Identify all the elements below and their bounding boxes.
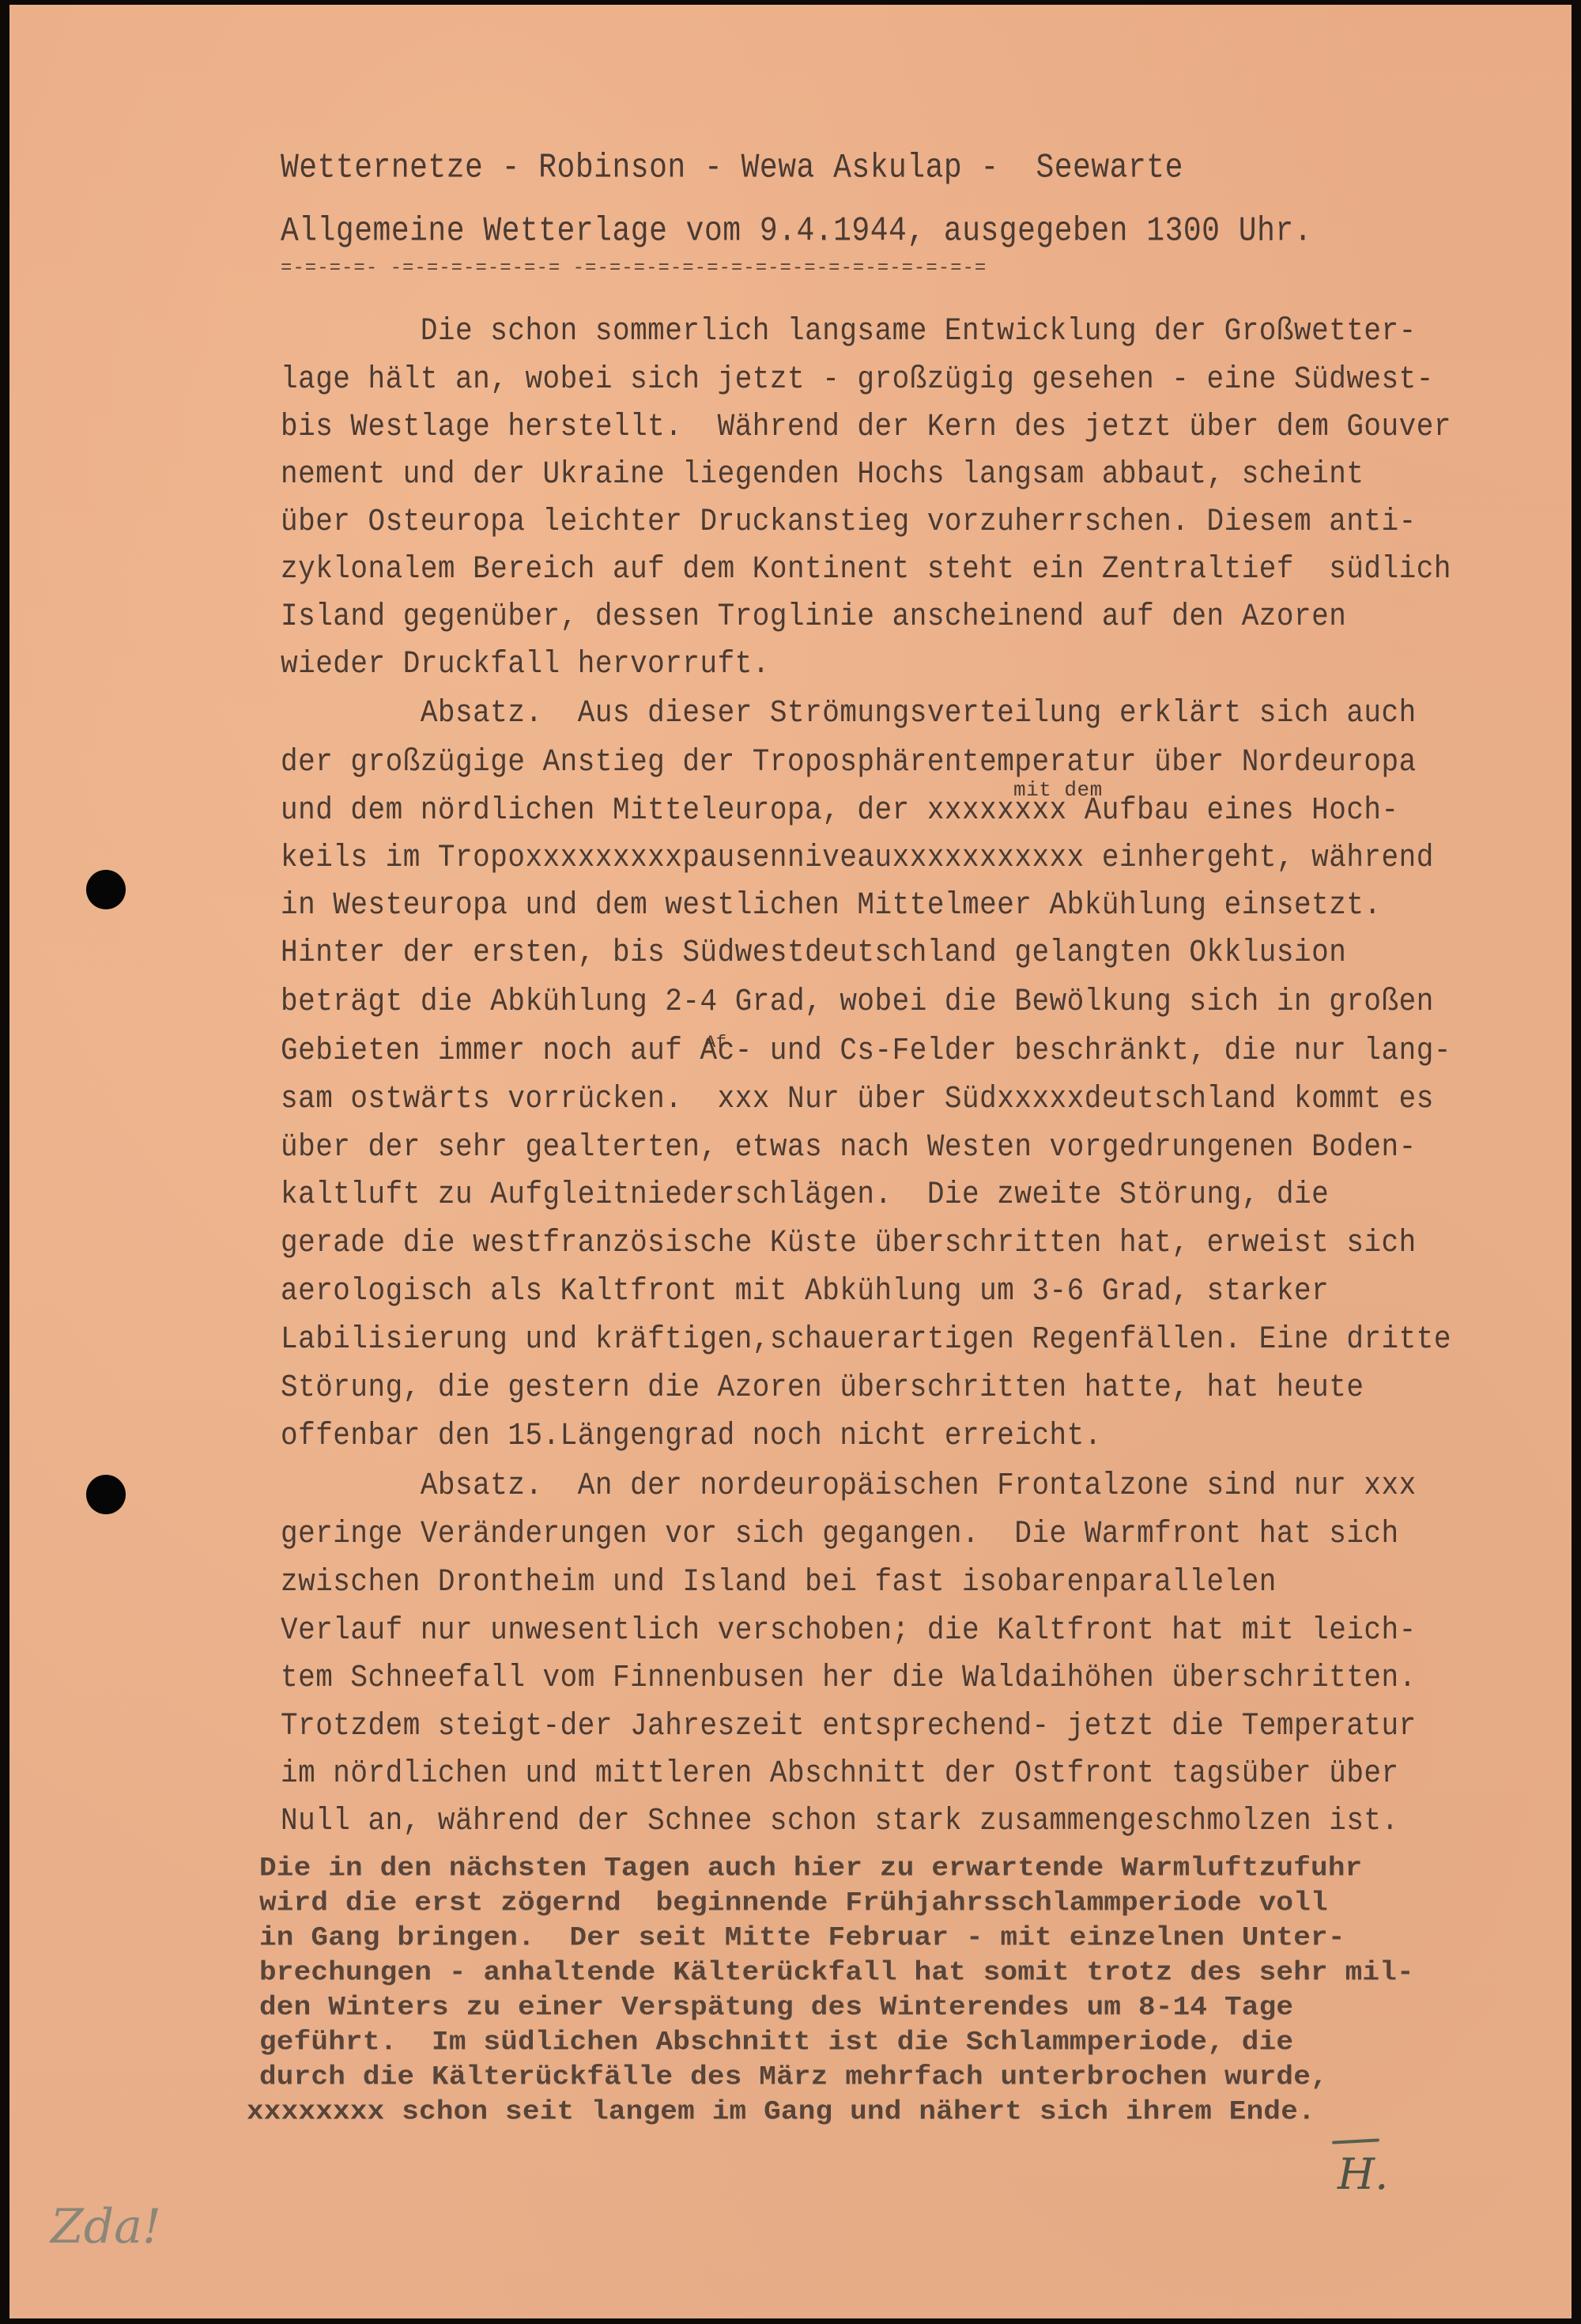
text-line: xxxxxxxx schon seit langem im Gang und n… [247,2096,1315,2127]
document-title: Allgemeine Wetterlage vom 9.4.1944, ausg… [281,212,1312,251]
text-line: wird die erst zögernd beginnende Frühjah… [259,1888,1328,1918]
text-line: Die in den nächsten Tagen auch hier zu e… [259,1853,1362,1884]
document-page: Wetternetze - Robinson - Wewa Askulap - … [9,5,1572,2318]
text-line: den Winters zu einer Verspätung des Wint… [259,1992,1293,2023]
text-line: kaltluft zu Aufgleitniederschlägen. Die … [281,1177,1329,1212]
signature-initial: H. [1338,2149,1388,2199]
text-line: Labilisierung und kräftigen,schauerartig… [281,1321,1451,1357]
text-line: und dem nördlichen Mitteleuropa, der xxx… [281,792,1399,828]
margin-note: Zda! [51,2199,161,2254]
text-line: offenbar den 15.Längengrad noch nicht er… [281,1418,1102,1453]
text-line: tem Schneefall vom Finnenbusen her die W… [281,1660,1417,1695]
text-line: geführt. Im südlichen Abschnitt ist die … [259,2027,1293,2058]
text-line: Absatz. An der nordeuropäischen Frontalz… [281,1468,1417,1503]
text-line: Die schon sommerlich langsame Entwicklun… [281,313,1417,349]
text-line: Trotzdem steigt-der Jahreszeit entsprech… [281,1708,1417,1744]
title-underline: =-=-=-=- -=-=-=-=-=-=-= -=-=-=-=-=-=-=-=… [281,258,987,279]
text-line: über Osteuropa leichter Druckanstieg vor… [281,504,1417,539]
text-line: Störung, die gestern die Azoren überschr… [281,1370,1364,1405]
text-line: durch die Kälterückfälle des März mehrfa… [259,2061,1328,2092]
text-line: sam ostwärts vorrücken. xxx Nur über Süd… [281,1081,1434,1117]
text-line: gerade die westfranzösische Küste übersc… [281,1225,1417,1260]
text-line: zwischen Drontheim und Island bei fast i… [281,1564,1277,1600]
text-line: Null an, während der Schnee schon stark … [281,1803,1399,1838]
text-line: brechungen - anhaltende Kälterückfall ha… [259,1957,1414,1988]
text-line: aerologisch als Kaltfront mit Abkühlung … [281,1273,1329,1309]
text-line: in Westeuropa und dem westlichen Mittelm… [281,887,1382,923]
interlinear-correction: Af [705,1033,726,1052]
text-line: Absatz. Aus dieser Strömungsverteilung e… [281,695,1417,731]
text-line: der großzügige Anstieg der Troposphärent… [281,744,1417,780]
signature-flourish [1332,2138,1379,2144]
punch-hole-upper [86,870,126,909]
text-line: geringe Veränderungen vor sich gegangen.… [281,1516,1399,1551]
interlinear-correction: mit dem [1013,778,1103,802]
text-line: über der sehr gealterten, etwas nach Wes… [281,1129,1417,1165]
text-line: bis Westlage herstellt. Während der Kern… [281,409,1451,444]
text-line: Island gegenüber, dessen Troglinie ansch… [281,599,1346,634]
text-line: im nördlichen und mittleren Abschnitt de… [281,1755,1399,1791]
text-line: Gebieten immer noch auf Ac- und Cs-Felde… [281,1033,1451,1068]
text-line: nement und der Ukraine liegenden Hochs l… [281,456,1364,492]
routing-line: Wetternetze - Robinson - Wewa Askulap - … [281,149,1183,187]
punch-hole-lower [86,1475,126,1514]
text-line: Verlauf nur unwesentlich verschoben; die… [281,1612,1417,1648]
text-line: wieder Druckfall hervorruft. [281,646,770,682]
text-line: Hinter der ersten, bis Südwestdeutschlan… [281,935,1346,970]
text-line: zyklonalem Bereich auf dem Kontinent ste… [281,551,1451,587]
text-line: lage hält an, wobei sich jetzt - großzüg… [281,361,1434,397]
text-line: keils im Tropoxxxxxxxxxpausenniveauxxxxx… [281,840,1434,875]
text-line: beträgt die Abkühlung 2-4 Grad, wobei di… [281,984,1434,1019]
text-line: in Gang bringen. Der seit Mitte Februar … [259,1922,1345,1953]
